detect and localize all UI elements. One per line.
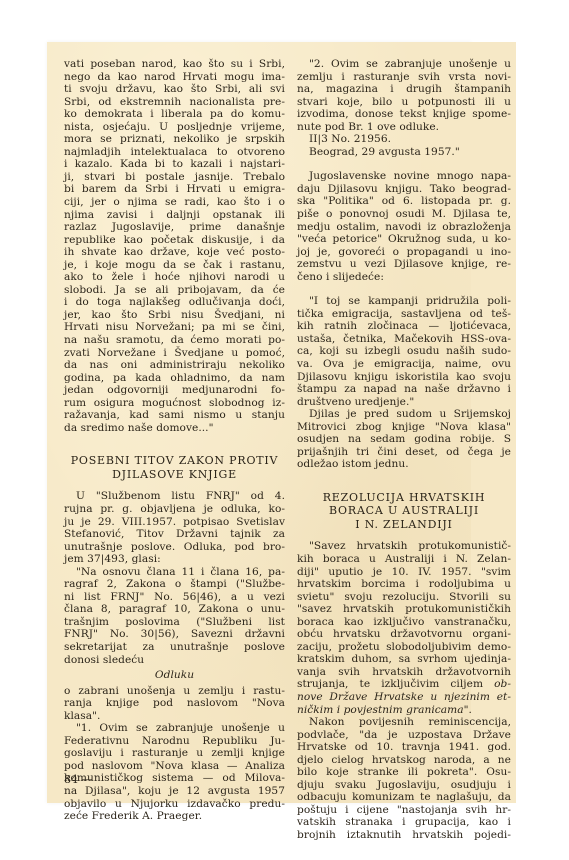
page-number: 84 — xyxy=(64,773,93,786)
text-line: republike kao početak diskusije, i da xyxy=(64,234,285,247)
text-line: daju Djilasovu knjigu. Tako beograd- xyxy=(297,183,511,196)
text-line: pod naslovom "Nova klasa — Analiza xyxy=(64,760,285,773)
text-line: ju je 29. VIII.1957. potpisao Svetislav xyxy=(64,516,285,529)
text-line: Jugoslavenske novine mnogo napa- xyxy=(297,170,511,183)
text-line: va. Ova je emigracija, naime, ovu xyxy=(297,358,511,371)
text-line: trašnjim poslovima ("Službeni list xyxy=(64,616,285,629)
text-line: ražavanja, kad sami nismo u stanju xyxy=(64,409,285,422)
text-line: Hrvatske od 10. travnja 1941. god. xyxy=(297,741,511,754)
text-line: kratskim duhom, sa svrhom ujedinja- xyxy=(297,653,511,666)
text-line: izvodima, donose tekst knjige spome- xyxy=(297,108,511,121)
text-line: rujna pr. g. objavljena je odluka, ko- xyxy=(64,503,285,516)
text-line: zvati Norvežane i Švedjane u pomoć, xyxy=(64,347,285,360)
text-line: ih shvate kao države, koje već posto- xyxy=(64,246,285,259)
text-line: ska "Politika" od 6. listopada pr. g. xyxy=(297,195,511,208)
text-line: zemstvu u vezi Djilasove knjige, re- xyxy=(297,258,511,271)
text-line: vati poseban narod, kao što su i Srbi, xyxy=(64,58,285,71)
text-line: strujanja, te izključivim ciljem ob- xyxy=(297,678,511,691)
text-line: razlaz Jugoslavije, prime današnje xyxy=(64,221,285,234)
decree-reference-number: II|3 No. 21956. xyxy=(297,133,511,146)
paragraph-decision-subject: o zabrani unošenja u zemlju i rastu-ranj… xyxy=(64,685,285,723)
text-line: donosi sledeću xyxy=(64,654,285,667)
text-line: ragraf 2, Zakona o štampi ("Službe- xyxy=(64,578,285,591)
paragraph-court-quote: "I toj se kampanji pridružila poli-tička… xyxy=(297,295,511,408)
heading-line: REZOLUCIJA HRVATSKIH xyxy=(297,491,511,505)
text-line: obću hrvatsku državotvornu organi- xyxy=(297,628,511,641)
text-line: rum osigura mogućnost slobodnog iz- xyxy=(64,397,285,410)
text-line: na Djilasa", koju je 12 avgusta 1957 xyxy=(64,785,285,798)
text-line: i do toga najlakšeg odlučivanja doći, xyxy=(64,296,285,309)
text-line: na našu sramotu, da ćemo morati po- xyxy=(64,334,285,347)
left-column: vati poseban narod, kao što su i Srbi,ne… xyxy=(64,58,285,823)
text-line: kih boraca u Australiji i N. Zelan- xyxy=(297,553,511,566)
paragraph-decree-basis: "Na osnovu člana 11 i člana 16, pa-ragra… xyxy=(64,566,285,666)
text-line: piše o ponovnoj osudi M. Djilasa te, xyxy=(297,208,511,221)
text-line: ciji, jer o njima se radi, kao što i o xyxy=(64,196,285,209)
text-line: objavilo u Njujorku izdavačko predu- xyxy=(64,798,285,811)
heading-line: BORACA U AUSTRALIJI xyxy=(297,504,511,518)
text-line: jem 37|493, glasi: xyxy=(64,553,285,566)
text-line: unutrašnje poslove. Odluka, pod bro- xyxy=(64,541,285,554)
text-line: brojnih iztaknutih hrvatskih pojedi- xyxy=(297,829,511,842)
paragraph-savez-resolution: "Savez hrvatskih protukomunistič-kih bor… xyxy=(297,540,511,716)
text-line: ji, stvari bi postale jasnije. Trebalo xyxy=(64,171,285,184)
italic-phrase: ničkim i povjestnim granicama xyxy=(297,704,464,716)
text-line: i kazalo. Kada bi to kazali i najstari- xyxy=(64,158,285,171)
text-line: jedan odgovorniji medjunarodni fo- xyxy=(64,384,285,397)
text-line: kih ratnih zločinaca — ljotićevaca, xyxy=(297,320,511,333)
text-line: Stefanović, Titov Državni tajnik za xyxy=(64,528,285,541)
text-line: U "Službenom listu FNRJ" od 4. xyxy=(64,490,285,503)
decree-date: Beograd, 29 avgusta 1957." xyxy=(297,146,511,159)
text-line: goslaviju i rasturanje u zemlji knjige xyxy=(64,747,285,760)
text-line: bi barem da Srbi i Hrvati u emigra- xyxy=(64,183,285,196)
text-line: medju ostalim, navodi iz obrazloženja xyxy=(297,221,511,234)
text-line: ti svoju državu, kao što Srbi, ali svi xyxy=(64,83,285,96)
text-line: diji" uputio je 10. IV. 1957. "svim xyxy=(297,566,511,579)
text-line: "1. Ovim se zabranjuje unošenje u xyxy=(64,722,285,735)
text-line: jer, kao što Srbi nisu Švedjani, ni xyxy=(64,309,285,322)
text-line: sekretarijat za unutrašnje poslove xyxy=(64,641,285,654)
text-line: Federativnu Narodnu Republiku Ju- xyxy=(64,735,285,748)
text-line: djuju svaku Jugoslaviju, osudjuju i xyxy=(297,779,511,792)
text-line: FNRJ" No. 30|56), Savezni državni xyxy=(64,628,285,641)
text-line: klasa". xyxy=(64,710,285,723)
text-line: Srbi, od ekstremnih nacionalista pre- xyxy=(64,96,285,109)
text-line: da sredimo naše domove..." xyxy=(64,422,285,435)
text-line: ničkim i povjestnim granicama". xyxy=(297,704,511,717)
italic-phrase: ob- xyxy=(494,678,511,690)
heading-line: POSEBNI TITOV ZAKON PROTIV xyxy=(64,454,285,468)
text-line: čeno i slijedeće: xyxy=(297,271,511,284)
text-line: nove Države Hrvatske u njezinim et- xyxy=(297,691,511,704)
text-line: stvari koje, bilo u potpunosti ili u xyxy=(297,96,511,109)
text-line: Djilasovu knjigu iskoristila kao svoju xyxy=(297,371,511,384)
text-line: da nas oni administriraju nekoliko xyxy=(64,359,285,372)
paragraph-yugoslav-press: Jugoslavenske novine mnogo napa-daju Dji… xyxy=(297,170,511,283)
paragraph-article-1: "1. Ovim se zabranjuje unošenje uFederat… xyxy=(64,722,285,822)
text-line: zaciju, prožetu slobodoljubivim demo- xyxy=(297,641,511,654)
text-line: nute pod Br. 1 ove odluke. xyxy=(297,121,511,134)
text-line: štampu za napad na naše državno i xyxy=(297,383,511,396)
text-line: Mitrovici zbog knjige "Nova klasa" xyxy=(297,421,511,434)
text-line: tička emigracija, sastavljena od teš- xyxy=(297,308,511,321)
text-line: ca, koji su izbegli osudu naših sudo- xyxy=(297,345,511,358)
text-line: slobodi. Ja se ali pribojavam, da će xyxy=(64,284,285,297)
section-heading-rezolucija: REZOLUCIJA HRVATSKIHBORACA U AUSTRALIJII… xyxy=(297,491,511,532)
text-line: odležao istom jednu. xyxy=(297,458,511,471)
text-line: zemlju i rasturanje svih vrsta novi- xyxy=(297,71,511,84)
text-line: godina, pa kada ohladnimo, da nam xyxy=(64,372,285,385)
text-line: ko demokrata i liberala pa do komu- xyxy=(64,108,285,121)
text-line: ustaša, četnika, Mačekovih HSS-ova- xyxy=(297,333,511,346)
heading-line: I N. ZELANDIJI xyxy=(297,518,511,532)
text-line: ni list FRNJ" No. 56|46), a u vezi xyxy=(64,591,285,604)
text-line: vanja svih hrvatskih državotvornih xyxy=(297,666,511,679)
text-line: društveno uredjenje." xyxy=(297,396,511,409)
text-line: je, i koje mogu da se čak i rastanu, xyxy=(64,259,285,272)
text-line: "I toj se kampanji pridružila poli- xyxy=(297,295,511,308)
text-line: "savez hrvatskih protukomunističkih xyxy=(297,603,511,616)
text-line: nista, osjećaju. U posljednje vrijeme, xyxy=(64,121,285,134)
text-line: ako to žele i hoće njihovi narodi u xyxy=(64,271,285,284)
text-line: osudjen na sedam godina robije. S xyxy=(297,433,511,446)
text-line: svietu" svoju rezoluciju. Stvorili su xyxy=(297,591,511,604)
text-line: podvlače, "da je uzpostava Države xyxy=(297,729,511,742)
right-column: "2. Ovim se zabranjuje unošenje uzemlju … xyxy=(297,58,511,842)
text-line: "veća petorice" Okružnog suda, u ko- xyxy=(297,233,511,246)
text-line: joj je, govoreći o propagandi u ino- xyxy=(297,246,511,259)
text-line: boraca kao izključivo vanstranačku, xyxy=(297,616,511,629)
text-line: Djilas je pred sudom u Srijemskoj xyxy=(297,408,511,421)
text-line: komunističkog sistema — od Milova- xyxy=(64,772,285,785)
text-line: na, magazina i drugih štampanih xyxy=(297,83,511,96)
text-line: bilo koje stranke ili pokreta". Osu- xyxy=(297,766,511,779)
decision-title: Odluku xyxy=(64,669,285,682)
heading-line: DJILASOVE KNJIGE xyxy=(64,468,285,482)
paragraph-reminiscences: Nakon povijesnih reminiscencija,podvlače… xyxy=(297,716,511,841)
text-line: djelo cielog hrvatskog naroda, a ne xyxy=(297,754,511,767)
text-line: zeće Frederik A. Praeger. xyxy=(64,810,285,823)
paragraph-sluzbeni-list: U "Službenom listu FNRJ" od 4.rujna pr. … xyxy=(64,490,285,565)
text-line: njima zavisi i daljnji opstanak ili xyxy=(64,209,285,222)
text-line: "Savez hrvatskih protukomunistič- xyxy=(297,540,511,553)
text-line: "2. Ovim se zabranjuje unošenje u xyxy=(297,58,511,71)
text-line: najmladjih intelektualaca to otvoreno xyxy=(64,146,285,159)
paragraph-continuation: vati poseban narod, kao što su i Srbi,ne… xyxy=(64,58,285,434)
text-line: mora se priznati, nekoliko je srpskih xyxy=(64,133,285,146)
text-line: vatskih stranaka i grupacija, kao i xyxy=(297,816,511,829)
text-line: ranja knjige pod naslovom "Nova xyxy=(64,697,285,710)
text-line: poštuju i cijene "nastojanja svih hr- xyxy=(297,804,511,817)
text-line: o zabrani unošenja u zemlju i rastu- xyxy=(64,685,285,698)
text-line: hrvatskim borcima i rodoljubima u xyxy=(297,578,511,591)
text-line: Hrvati nisu Norvežani; pa mi se čini, xyxy=(64,321,285,334)
text-line: odbacuju komunizam te naglašuju, da xyxy=(297,791,511,804)
paragraph-djilas-sentence: Djilas je pred sudom u SrijemskojMitrovi… xyxy=(297,408,511,471)
text-line: prijašnjih tri čini deset, od čega je xyxy=(297,446,511,459)
text-line: nego da kao narod Hrvati mogu ima- xyxy=(64,71,285,84)
text-line: člana 8, paragraf 10, Zakona o unu- xyxy=(64,603,285,616)
text-line: Nakon povijesnih reminiscencija, xyxy=(297,716,511,729)
paragraph-article-2: "2. Ovim se zabranjuje unošenje uzemlju … xyxy=(297,58,511,133)
text-line: "Na osnovu člana 11 i člana 16, pa- xyxy=(64,566,285,579)
italic-phrase: nove Države Hrvatske u njezinim et- xyxy=(297,691,511,703)
section-heading-titov-zakon: POSEBNI TITOV ZAKON PROTIVDJILASOVE KNJI… xyxy=(64,454,285,481)
